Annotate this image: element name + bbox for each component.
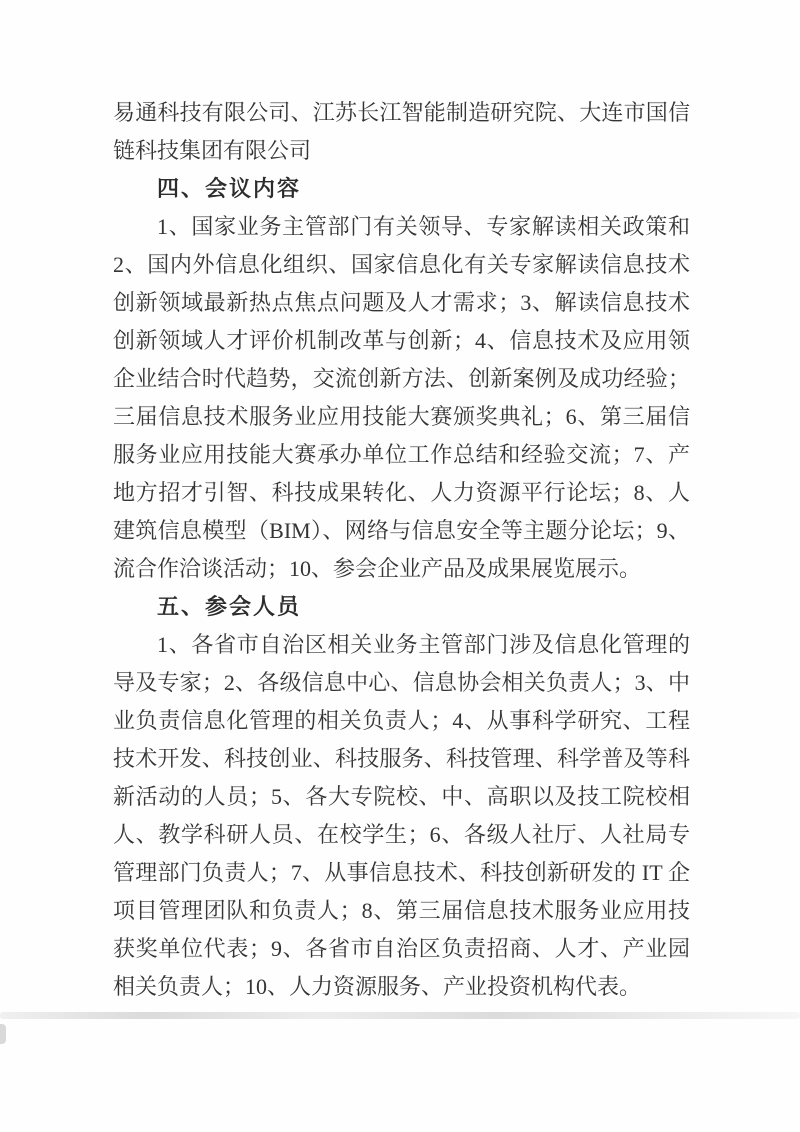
section-heading-participants: 五、参会人员	[113, 588, 690, 626]
text-line: 企业结合时代趋势，交流创新方法、创新案例及成功经验；5、第	[113, 360, 690, 398]
text-line: 获奖单位代表；9、各省市自治区负责招商、人才、产业园区工作	[113, 930, 690, 968]
text-line: 人、教学科研人员、在校学生；6、各级人社厅、人社局专业技术	[113, 816, 690, 854]
text-line: 业负责信息化管理的相关负责人；4、从事科学研究、工程设计、	[113, 702, 690, 740]
scan-artifact-line	[0, 1012, 800, 1019]
text-line: 链科技集团有限公司	[113, 132, 690, 170]
text-line: 项目管理团队和负责人；8、第三届信息技术服务业应用技能大赛	[113, 892, 690, 930]
scan-artifact-smudge	[0, 1024, 6, 1044]
text-line: 管理部门负责人；7、从事信息技术、科技创新研发的 IT 企业和	[113, 854, 690, 892]
text-line: 创新领域人才评价机制改革与创新；4、信息技术及应用领域代表	[113, 322, 690, 360]
text-line: 技术开发、科技创业、科技服务、科技管理、科学普及等科技创	[113, 740, 690, 778]
text-line: 易通科技有限公司、江苏长江智能制造研究院、大连市国信北斗	[113, 94, 690, 132]
text-line: 1、各省市自治区相关业务主管部门涉及信息化管理的有关领	[113, 626, 690, 664]
text-line: 建筑信息模型（BIM）、网络与信息安全等主题分论坛；9、人才交	[113, 512, 690, 550]
text-line: 2、国内外信息化组织、国家信息化有关专家解读信息技术及应用	[113, 246, 690, 284]
text-line: 新活动的人员；5、各大专院校、中、高职以及技工院校相关负责	[113, 778, 690, 816]
text-line: 地方招才引智、科技成果转化、人力资源平行论坛；8、人工智能、	[113, 474, 690, 512]
text-line: 1、国家业务主管部门有关领导、专家解读相关政策和法规；	[113, 208, 690, 246]
document-page: 易通科技有限公司、江苏长江智能制造研究院、大连市国信北斗 链科技集团有限公司 四…	[0, 0, 800, 1132]
text-line: 创新领域最新热点焦点问题及人才需求；3、解读信息技术及应用	[113, 284, 690, 322]
section-heading-meeting-content: 四、会议内容	[113, 170, 690, 208]
text-line: 相关负责人；10、人力资源服务、产业投资机构代表。	[113, 968, 690, 1006]
document-text-block: 易通科技有限公司、江苏长江智能制造研究院、大连市国信北斗 链科技集团有限公司 四…	[113, 94, 690, 1006]
text-line: 服务业应用技能大赛承办单位工作总结和经验交流；7、产教融合、	[113, 436, 690, 474]
text-line: 导及专家；2、各级信息中心、信息协会相关负责人；3、中央企	[113, 664, 690, 702]
text-line: 流合作洽谈活动；10、参会企业产品及成果展览展示。	[113, 550, 690, 588]
text-line: 三届信息技术服务业应用技能大赛颁奖典礼；6、第三届信息技术	[113, 398, 690, 436]
